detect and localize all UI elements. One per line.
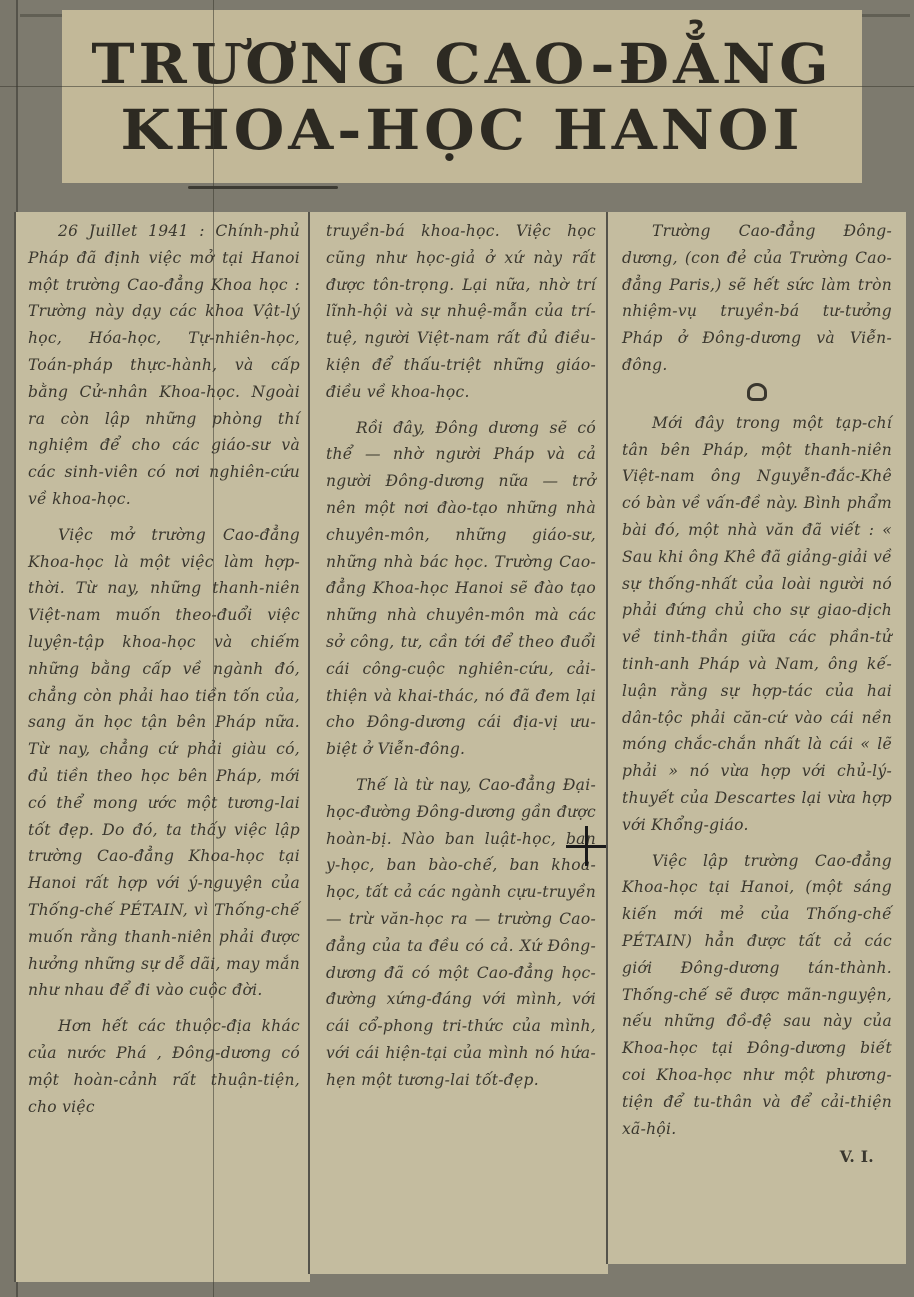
paragraph: Thế là từ nay, Cao-đẳng Đại-học-đường Đô… bbox=[326, 772, 596, 1094]
author-signature: V. I. bbox=[622, 1144, 892, 1171]
guide-line-vertical bbox=[213, 0, 214, 1297]
paragraph: Hơn hết các thuộc-địa khác của nước Phá … bbox=[28, 1013, 300, 1120]
headline-line-2: KHOA-HỌC HANOI bbox=[121, 98, 804, 161]
article-column-3: Trường Cao-đẳng Đông-dương, (con đẻ của … bbox=[608, 212, 906, 1264]
article-column-2: truyền-bá khoa-học. Việc học cũng như họ… bbox=[310, 212, 608, 1274]
paragraph: Trường Cao-đẳng Đông-dương, (con đẻ của … bbox=[622, 218, 892, 379]
headline-box: TRƯƠNG CAO-ĐẲNG KHOA-HỌC HANOI bbox=[62, 10, 862, 183]
column-divider bbox=[606, 212, 608, 1264]
paragraph: Việc lập trường Cao-đẳng Khoa-học tại Ha… bbox=[622, 848, 892, 1143]
paragraph: Mới đây trong một tạp-chí tân bên Pháp, … bbox=[622, 410, 892, 839]
column-divider bbox=[14, 212, 16, 1282]
column-divider bbox=[308, 212, 310, 1274]
paragraph: truyền-bá khoa-học. Việc học cũng như họ… bbox=[326, 218, 596, 406]
paragraph: 26 Juillet 1941 : Chính-phủ Pháp đã định… bbox=[28, 218, 300, 513]
guide-line-horizontal bbox=[0, 86, 914, 87]
paragraph: Rồi đây, Đông dương sẽ có thể — nhờ ngườ… bbox=[326, 415, 596, 763]
paragraph: Việc mở trường Cao-đẳng Khoa-học là một … bbox=[28, 522, 300, 1004]
headline-separator bbox=[188, 186, 338, 189]
ornament-icon bbox=[622, 383, 892, 408]
crosshair-cursor-icon bbox=[566, 826, 606, 866]
article-column-1: 26 Juillet 1941 : Chính-phủ Pháp đã định… bbox=[14, 212, 310, 1282]
